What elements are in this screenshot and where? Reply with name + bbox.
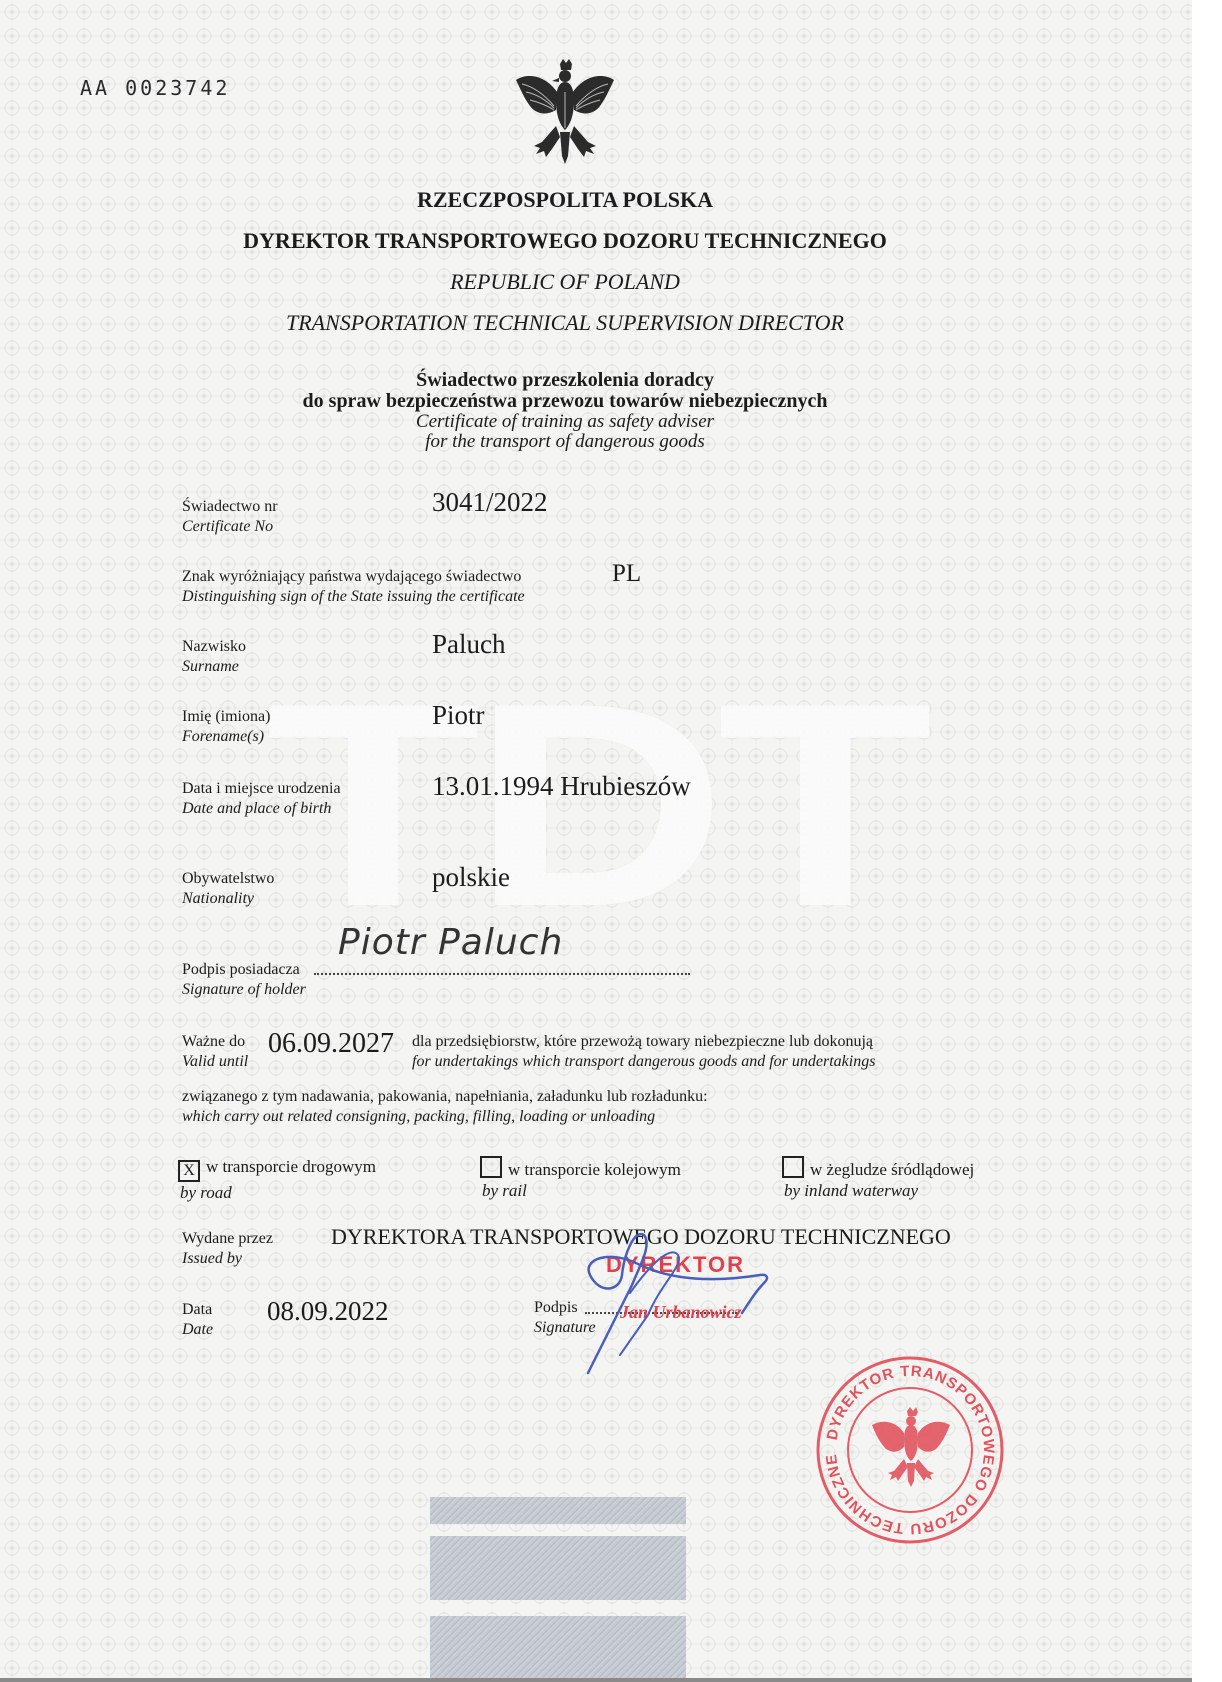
state-sign-label: Znak wyróżniający państwa wydającego świ… [182, 567, 525, 607]
security-band-1 [430, 1497, 686, 1524]
issue-date-value: 08.09.2022 [267, 1296, 389, 1327]
title-pl-line1: Świadectwo przeszkolenia doradcy [0, 370, 1130, 391]
validity-scope-1: dla przedsiębiorstw, które przewożą towa… [412, 1032, 875, 1072]
mode-rail: w transporcie kolejowym by rail [480, 1156, 681, 1201]
valid-until-label: Ważne do Valid until [182, 1032, 248, 1072]
title-pl-line2: do spraw bezpieczeństwa przewozu towarów… [0, 391, 1130, 412]
mode-inland-waterway-checkbox[interactable] [782, 1156, 804, 1178]
security-band-3 [430, 1616, 686, 1678]
mode-rail-checkbox[interactable] [480, 1156, 502, 1178]
forenames-label: Imię (imiona) Forename(s) [182, 707, 270, 747]
header-country-en: REPUBLIC OF POLAND [0, 269, 1130, 295]
state-sign-value: PL [612, 560, 641, 588]
mode-road: Xw transporcie drogowym by road [178, 1156, 376, 1203]
surname-value: Paluch [432, 629, 506, 660]
nationality-value: polskie [432, 862, 510, 893]
header-country-pl: RZECZPOSPOLITA POLSKA [0, 187, 1130, 213]
title-en-line1: Certificate of training as safety advise… [0, 412, 1130, 432]
validity-scope-2: związanego z tym nadawania, pakowania, n… [182, 1087, 708, 1127]
certificate-no-label: Świadectwo nr Certificate No [182, 497, 278, 537]
surname-label: Nazwisko Surname [182, 637, 246, 677]
certificate-no-value: 3041/2022 [432, 487, 548, 518]
title-en-line2: for the transport of dangerous goods [0, 432, 1130, 452]
header-authority-pl: DYREKTOR TRANSPORTOWEGO DOZORU TECHNICZN… [0, 228, 1130, 254]
birth-value: 13.01.1994 Hrubieszów [432, 771, 691, 802]
director-signature-scribble-icon [560, 1225, 800, 1375]
issued-by-label: Wydane przez Issued by [182, 1229, 273, 1269]
holder-handwritten-signature: Piotr Paluch [338, 922, 563, 963]
forenames-value: Piotr [432, 700, 485, 731]
security-band-2 [430, 1536, 686, 1600]
nationality-label: Obywatelstwo Nationality [182, 869, 274, 909]
holder-signature-label: Podpis posiadacza Signature of holder [182, 960, 306, 1000]
birth-label: Data i miejsce urodzenia Date and place … [182, 779, 341, 819]
polish-eagle-emblem-icon [510, 58, 622, 168]
mode-road-checkbox[interactable]: X [178, 1160, 200, 1182]
valid-until-value: 06.09.2027 [268, 1028, 394, 1060]
official-seal-icon: DYREKTOR TRANSPORTOWEGO DOZORU TECHNICZN… [815, 1355, 1005, 1545]
issue-date-label: Data Date [182, 1300, 213, 1340]
certificate-title: Świadectwo przeszkolenia doradcy do spra… [0, 370, 1130, 452]
certificate-page: AA 0023742 RZECZPOSPOLITA POLSKA DYREKTO… [0, 0, 1192, 1682]
mode-inland-waterway: w żegludze śródlądowej by inland waterwa… [782, 1156, 974, 1201]
header-authority-en: TRANSPORTATION TECHNICAL SUPERVISION DIR… [0, 310, 1130, 336]
tdt-watermark: TDT [265, 660, 923, 950]
serial-number: AA 0023742 [80, 76, 230, 100]
